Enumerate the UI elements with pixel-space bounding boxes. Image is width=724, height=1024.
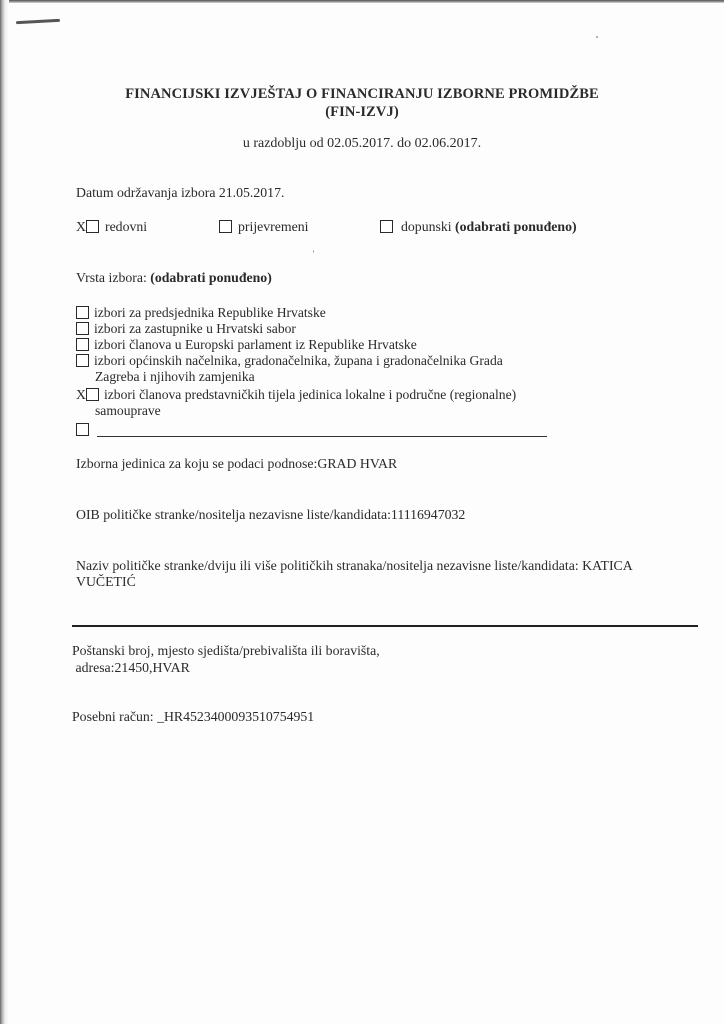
- checkbox-redovni[interactable]: [86, 220, 99, 233]
- checkbox[interactable]: [76, 354, 89, 367]
- election-type-option-mayors[interactable]: izbori općinskih načelnika, gradonačelni…: [76, 353, 503, 368]
- election-type-option-eu-parliament[interactable]: izbori članova u Europski parlament iz R…: [76, 337, 417, 352]
- selection-note: (odabrati ponuđeno): [150, 270, 272, 285]
- party-name-line1: Naziv političke stranke/dviju ili više p…: [76, 558, 633, 574]
- election-type-label: Vrsta izbora:: [76, 270, 147, 285]
- document-code: (FIN-IZVJ): [0, 104, 724, 121]
- election-type-option-parliament[interactable]: izbori za zastupnike u Hrvatski sabor: [76, 321, 296, 336]
- election-type-option-other[interactable]: [76, 422, 94, 437]
- election-type-option-president[interactable]: izbori za predsjednika Republike Hrvatsk…: [76, 305, 326, 320]
- option-label: izbori za predsjednika Republike Hrvatsk…: [94, 305, 326, 320]
- address-value: adresa:21450,HVAR: [72, 660, 190, 676]
- check-mark: X: [76, 387, 86, 402]
- option-label: dopunski: [401, 219, 452, 234]
- electoral-unit: Izborna jedinica za koju se podaci podno…: [76, 456, 397, 472]
- scan-edge-top: [0, 0, 724, 3]
- oib-field: OIB političke stranke/nositelja nezavisn…: [76, 507, 465, 523]
- option-label: redovni: [105, 219, 147, 234]
- option-continuation: samouprave: [95, 403, 161, 418]
- pen-mark: [16, 19, 60, 24]
- option-dopunski[interactable]: dopunski (odabrati ponuđeno): [380, 219, 577, 235]
- option-label: izbori članova predstavničkih tijela jed…: [104, 387, 516, 402]
- other-option-blank-line[interactable]: [97, 436, 547, 437]
- party-name-line2: VUČETIĆ: [76, 574, 136, 590]
- option-label: izbori općinskih načelnika, gradonačelni…: [94, 353, 503, 368]
- option-label: prijevremeni: [238, 219, 309, 234]
- option-redovni[interactable]: Xredovni: [76, 219, 147, 235]
- option-label: izbori članova u Europski parlament iz R…: [94, 337, 417, 352]
- selection-note: (odabrati ponuđeno): [455, 219, 577, 234]
- checkbox-dopunski[interactable]: [380, 220, 393, 233]
- scan-edge-left-shade: [5, 0, 9, 1024]
- checkbox[interactable]: [86, 388, 99, 401]
- section-divider: [72, 625, 698, 627]
- document-title: FINANCIJSKI IZVJEŠTAJ O FINANCIRANJU IZB…: [0, 86, 724, 103]
- election-type-option-local-bodies[interactable]: Xizbori članova predstavničkih tijela je…: [76, 387, 516, 402]
- scan-speck: [596, 36, 598, 38]
- checkbox[interactable]: [76, 338, 89, 351]
- checkbox[interactable]: [76, 423, 89, 436]
- option-label: izbori za zastupnike u Hrvatski sabor: [94, 321, 296, 336]
- option-prijevremeni[interactable]: prijevremeni: [219, 219, 309, 235]
- special-account: Posebni račun: _HR4523400093510754951: [72, 709, 314, 725]
- election-type-heading: Vrsta izbora: (odabrati ponuđeno): [76, 270, 272, 286]
- election-date: Datum održavanja izbora 21.05.2017.: [76, 185, 284, 201]
- check-mark: X: [76, 219, 86, 234]
- checkbox-prijevremeni[interactable]: [219, 220, 232, 233]
- reporting-period: u razdoblju od 02.05.2017. do 02.06.2017…: [0, 136, 724, 152]
- option-continuation: Zagreba i njihovih zamjenika: [95, 369, 255, 384]
- scan-speck: [313, 250, 314, 253]
- address-label: Poštanski broj, mjesto sjedišta/prebival…: [72, 643, 380, 659]
- checkbox[interactable]: [76, 306, 89, 319]
- checkbox[interactable]: [76, 322, 89, 335]
